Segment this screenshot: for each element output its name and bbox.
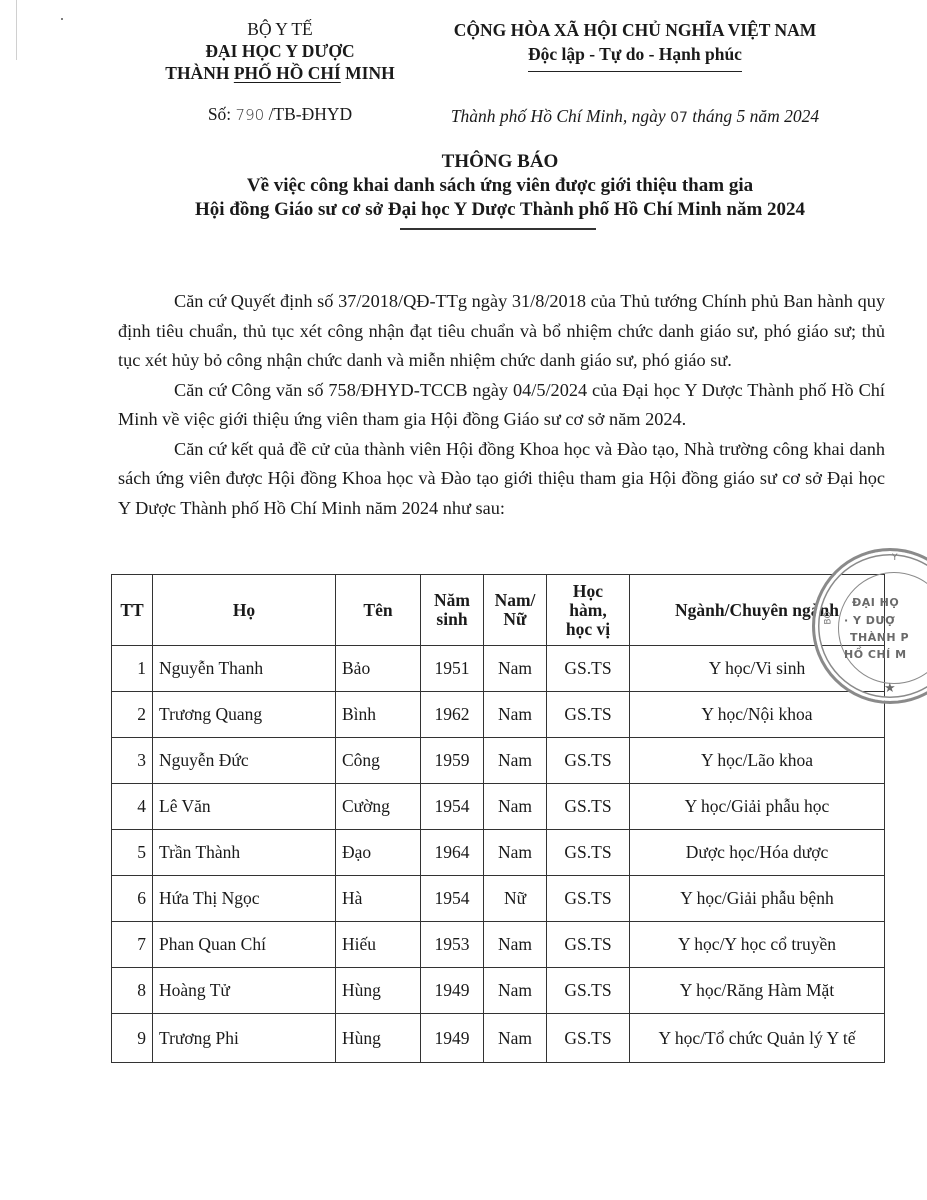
cell-gioi-tinh: Nữ xyxy=(484,876,547,922)
university-line2-prefix: THÀNH xyxy=(165,63,234,83)
cell-nganh: Y học/Giải phẫu học xyxy=(630,784,885,830)
cell-tt: 8 xyxy=(112,968,153,1014)
university-line2-underlined: PHỐ HỒ CHÍ xyxy=(234,63,341,83)
cell-ho: Trương Phi xyxy=(153,1014,336,1063)
cell-nam-sinh: 1954 xyxy=(421,876,484,922)
table-row: 3Nguyễn ĐứcCông1959NamGS.TSY học/Lão kho… xyxy=(112,738,885,784)
cell-gioi-tinh: Nam xyxy=(484,692,547,738)
cell-nam-sinh: 1951 xyxy=(421,646,484,692)
scan-speck xyxy=(61,18,63,20)
document-subtitle-line2: Hội đồng Giáo sư cơ sở Đại học Y Dược Th… xyxy=(120,198,880,222)
seal-star-icon: ★ xyxy=(884,680,896,696)
table-row: 2Trương QuangBình1962NamGS.TSY học/Nội k… xyxy=(112,692,885,738)
document-subtitle-line1: Về việc công khai danh sách ứng viên đượ… xyxy=(120,174,880,198)
cell-ho: Trần Thành xyxy=(153,830,336,876)
cell-ho: Lê Văn xyxy=(153,784,336,830)
document-title-block: THÔNG BÁO Về việc công khai danh sách ứn… xyxy=(120,150,880,222)
cell-ten: Hùng xyxy=(336,968,421,1014)
cell-ten: Đạo xyxy=(336,830,421,876)
cell-nganh: Dược học/Hóa dược xyxy=(630,830,885,876)
cell-tt: 6 xyxy=(112,876,153,922)
body-paragraph: Căn cứ Quyết định số 37/2018/QĐ-TTg ngày… xyxy=(118,287,885,376)
title-underline xyxy=(400,228,596,230)
cell-ten: Hùng xyxy=(336,1014,421,1063)
body-paragraph: Căn cứ kết quả đề cử của thành viên Hội … xyxy=(118,435,885,524)
cell-hoc-vi: GS.TS xyxy=(547,738,630,784)
cell-ten: Cường xyxy=(336,784,421,830)
cell-nganh: Y học/Giải phẫu bệnh xyxy=(630,876,885,922)
cell-nam-sinh: 1964 xyxy=(421,830,484,876)
cell-nganh: Y học/Lão khoa xyxy=(630,738,885,784)
table-row: 4Lê VănCường1954NamGS.TSY học/Giải phẫu … xyxy=(112,784,885,830)
cell-hoc-vi: GS.TS xyxy=(547,1014,630,1063)
cell-nam-sinh: 1962 xyxy=(421,692,484,738)
cell-nam-sinh: 1954 xyxy=(421,784,484,830)
country-name: CỘNG HÒA XÃ HỘI CHỦ NGHĨA VIỆT NAM xyxy=(405,18,865,42)
date-prefix: Thành phố Hồ Chí Minh, ngày xyxy=(451,106,670,126)
scan-edge-line xyxy=(16,0,17,60)
seal-text-line1: ĐẠI HỌ xyxy=(852,596,899,609)
cell-nam-sinh: 1949 xyxy=(421,968,484,1014)
body-paragraph: Căn cứ Công văn số 758/ĐHYD-TCCB ngày 04… xyxy=(118,376,885,435)
seal-text-line3: THÀNH P xyxy=(850,631,909,644)
cell-gioi-tinh: Nam xyxy=(484,646,547,692)
cell-nam-sinh: 1953 xyxy=(421,922,484,968)
cell-ho: Phan Quan Chí xyxy=(153,922,336,968)
table-header-row: TT Họ Tên Nămsinh Nam/Nữ Họchàm,học vị N… xyxy=(112,575,885,646)
header-ten: Tên xyxy=(336,575,421,646)
cell-gioi-tinh: Nam xyxy=(484,968,547,1014)
doc-number-suffix: /TB-ĐHYD xyxy=(264,104,352,124)
document-body: Căn cứ Quyết định số 37/2018/QĐ-TTg ngày… xyxy=(118,287,885,523)
cell-nganh: Y học/Tổ chức Quản lý Y tế xyxy=(630,1014,885,1063)
doc-number-handwritten: 790 xyxy=(236,106,265,124)
table-row: 5Trần ThànhĐạo1964NamGS.TSDược học/Hóa d… xyxy=(112,830,885,876)
cell-tt: 9 xyxy=(112,1014,153,1063)
seal-text-line4: HỒ CHÍ M xyxy=(844,648,907,661)
cell-nganh: Y học/Răng Hàm Mặt xyxy=(630,968,885,1014)
cell-gioi-tinh: Nam xyxy=(484,784,547,830)
table-row: 6Hứa Thị NgọcHà1954NữGS.TSY học/Giải phẫ… xyxy=(112,876,885,922)
cell-gioi-tinh: Nam xyxy=(484,738,547,784)
cell-hoc-vi: GS.TS xyxy=(547,646,630,692)
cell-ten: Công xyxy=(336,738,421,784)
cell-hoc-vi: GS.TS xyxy=(547,784,630,830)
seal-text-line2: · Y DƯỢ xyxy=(844,614,895,627)
cell-hoc-vi: GS.TS xyxy=(547,922,630,968)
cell-nam-sinh: 1959 xyxy=(421,738,484,784)
date-suffix: tháng 5 năm 2024 xyxy=(688,106,819,126)
seal-top-text: Y xyxy=(892,553,898,563)
header-nam-sinh: Nămsinh xyxy=(421,575,484,646)
candidates-table: TT Họ Tên Nămsinh Nam/Nữ Họchàm,học vị N… xyxy=(111,574,885,1063)
header-tt: TT xyxy=(112,575,153,646)
cell-ten: Bình xyxy=(336,692,421,738)
table-row: 1Nguyễn ThanhBảo1951NamGS.TSY học/Vi sin… xyxy=(112,646,885,692)
header-hoc-ham: Họchàm,học vị xyxy=(547,575,630,646)
cell-ho: Hoàng Tử xyxy=(153,968,336,1014)
cell-ten: Hiếu xyxy=(336,922,421,968)
cell-tt: 4 xyxy=(112,784,153,830)
table-row: 9Trương PhiHùng1949NamGS.TSY học/Tổ chức… xyxy=(112,1014,885,1063)
cell-tt: 5 xyxy=(112,830,153,876)
cell-gioi-tinh: Nam xyxy=(484,922,547,968)
cell-tt: 1 xyxy=(112,646,153,692)
national-motto: Độc lập - Tự do - Hạnh phúc xyxy=(528,42,742,72)
cell-ho: Hứa Thị Ngọc xyxy=(153,876,336,922)
cell-ho: Nguyễn Đức xyxy=(153,738,336,784)
cell-gioi-tinh: Nam xyxy=(484,830,547,876)
doc-number-label: Số: xyxy=(208,104,236,124)
cell-ho: Trương Quang xyxy=(153,692,336,738)
cell-gioi-tinh: Nam xyxy=(484,1014,547,1063)
cell-ten: Bảo xyxy=(336,646,421,692)
header-gioi-tinh: Nam/Nữ xyxy=(484,575,547,646)
cell-nam-sinh: 1949 xyxy=(421,1014,484,1063)
cell-tt: 7 xyxy=(112,922,153,968)
table-row: 7Phan Quan ChíHiếu1953NamGS.TSY học/Y họ… xyxy=(112,922,885,968)
issue-date: Thành phố Hồ Chí Minh, ngày 07 tháng 5 n… xyxy=(405,106,865,127)
header-ho: Họ xyxy=(153,575,336,646)
cell-nganh: Y học/Y học cổ truyền xyxy=(630,922,885,968)
national-header: CỘNG HÒA XÃ HỘI CHỦ NGHĨA VIỆT NAM Độc l… xyxy=(405,18,865,72)
cell-tt: 3 xyxy=(112,738,153,784)
cell-ten: Hà xyxy=(336,876,421,922)
cell-hoc-vi: GS.TS xyxy=(547,876,630,922)
cell-nganh: Y học/Nội khoa xyxy=(630,692,885,738)
date-day-handwritten: 07 xyxy=(670,110,688,126)
document-heading: THÔNG BÁO xyxy=(120,150,880,174)
table-row: 8Hoàng TửHùng1949NamGS.TSY học/Răng Hàm … xyxy=(112,968,885,1014)
university-line2-suffix: MINH xyxy=(341,63,395,83)
cell-tt: 2 xyxy=(112,692,153,738)
seal-side-text: BỘ xyxy=(824,611,834,624)
cell-ho: Nguyễn Thanh xyxy=(153,646,336,692)
cell-hoc-vi: GS.TS xyxy=(547,692,630,738)
cell-hoc-vi: GS.TS xyxy=(547,830,630,876)
cell-hoc-vi: GS.TS xyxy=(547,968,630,1014)
